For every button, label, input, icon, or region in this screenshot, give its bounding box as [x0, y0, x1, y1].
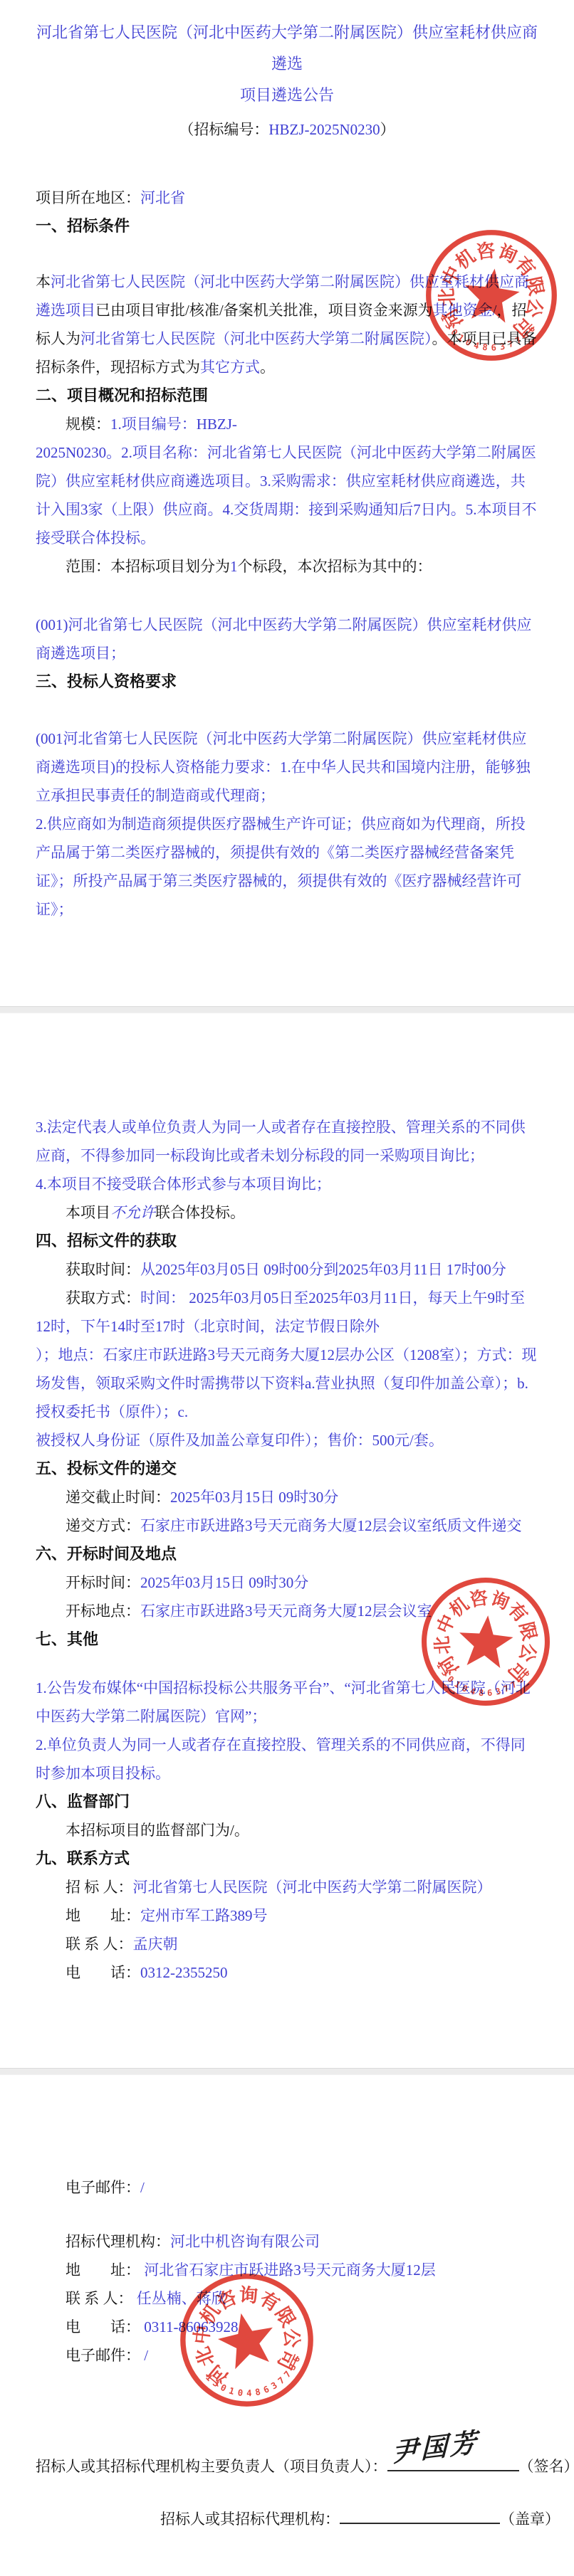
page-separator [0, 2068, 574, 2075]
body-text: 九、联系方式 [36, 1849, 130, 1867]
tenderer-address-para: 地 址：定州市军工路389号 [36, 1901, 538, 1930]
highlighted-text: 任丛楠、蒋欣 [133, 2290, 226, 2307]
highlighted-text: 其他资金/ [433, 302, 497, 319]
highlighted-text: 河北省 [140, 189, 185, 206]
title-line-1: 河北省第七人民医院（河北中医药大学第二附属医院）供应室耗材供应商遴选 [36, 17, 538, 80]
body-text: 六、开标时间及地点 [36, 1545, 177, 1563]
section-1-heading: 一、招标条件 [36, 212, 538, 241]
lot-para: (001)河北省第七人民医院（河北中医药大学第二附属医院）供应室耗材供应商遴选项… [36, 611, 538, 667]
body-text: 招 标 人： [66, 1879, 133, 1896]
highlighted-text: 河北省第七人民医院（河北中医药大学第二附属医院） [80, 330, 432, 347]
body-text: 二、项目概况和招标范围 [36, 386, 208, 404]
highlighted-text: ）；地点：石家庄市跃进路3号天元商务大厦12层办公区（1208室）；方式：现场发… [36, 1346, 537, 1420]
submit-deadline-para: 递交截止时间：2025年03月15日 09时30分 [36, 1483, 538, 1511]
highlighted-text: 2025年03月15日 09时30分 [170, 1489, 338, 1506]
highlighted-text: 石家庄市跃进路3号天元商务大厦12层会议室 [140, 1603, 432, 1620]
highlighted-text: 石家庄市跃进路3号天元商务大厦12层会议室纸质文件递交 [140, 1517, 522, 1534]
body-text: 获取方式： [66, 1289, 140, 1307]
highlighted-text: 2.供应商如为制造商须提供医疗器械生产许可证；供应商如为代理商，所投产品属于第二… [36, 815, 526, 918]
body-text: 开标时间： [66, 1574, 140, 1591]
signature-underline: 尹国芳 [387, 2454, 519, 2471]
section-6-heading: 六、开标时间及地点 [36, 1540, 538, 1568]
agency-contact-para: 联 系 人： 任丛楠、蒋欣 [36, 2284, 538, 2313]
highlighted-text: 项目遴选公告 [240, 86, 334, 104]
body-text: 三、投标人资格要求 [36, 672, 177, 690]
highlighted-text: 定州市军工路389号 [140, 1907, 268, 1924]
section-4-heading: 四、招标文件的获取 [36, 1227, 538, 1255]
scale-para: 规模：1.项目编号：HBZJ-2025N0230。2.项目名称：河北省第七人民医… [36, 410, 538, 552]
section-8-heading: 八、监督部门 [36, 1788, 538, 1816]
open-time-para: 开标时间：2025年03月15日 09时30分 [36, 1568, 538, 1597]
highlighted-text: 河北省石家庄市跃进路3号天元商务大厦12层 [140, 2261, 436, 2279]
body-text: ） [380, 121, 395, 138]
body-text: 招标代理机构： [66, 2233, 170, 2250]
highlighted-text: (001)河北省第七人民医院（河北中医药大学第二附属医院）供应室耗材供应商遴选项… [36, 616, 531, 662]
agency-address-para: 地 址： 河北省石家庄市跃进路3号天元商务大厦12层 [36, 2256, 538, 2284]
body-text: 范围：本招标项目划分为 [66, 558, 230, 575]
responsible-person-signature-line: 招标人或其招标代理机构主要负责人（项目负责人）：尹国芳（签名） [36, 2452, 538, 2481]
highlighted-text: 3.法定代表人或单位负责人为同一人或者存在直接控股、管理关系的不同供应商，不得参… [36, 1119, 526, 1164]
highlighted-text: 2025年03月15日 09时30分 [140, 1574, 308, 1591]
seal-suffix-label: （盖章） [500, 2511, 560, 2528]
body-text: 七、其他 [36, 1630, 98, 1648]
highlighted-text: (001河北省第七人民医院（河北中医药大学第二附属医院）供应室耗材供应商遴选项目… [36, 730, 531, 804]
project-region: 项目所在地区：河北省 [36, 184, 538, 212]
other-para-1: 1.公告发布媒体“中国招标投标公共服务平台”、“河北省第七人民医院（河北中医药大… [36, 1674, 538, 1731]
highlighted-text: 河北省第七人民医院（河北中医药大学第二附属医院） [133, 1879, 492, 1896]
highlighted-text: 0312-2355250 [140, 1964, 228, 1981]
signature-suffix-label: （签名） [519, 2458, 574, 2475]
other-para-2: 2.单位负责人为同一人或者存在直接控股、管理关系的不同供应商，不得同时参加本项目… [36, 1731, 538, 1788]
body-text: 四、招标文件的获取 [36, 1232, 177, 1250]
body-text: 电子邮件： [66, 2179, 140, 2196]
body-text: 。 [260, 359, 275, 376]
body-text: 获取时间： [66, 1261, 140, 1278]
tender-no-line: （招标编号：HBZJ-2025N0230） [36, 115, 538, 144]
body-text: 联 系 人： [66, 1936, 133, 1953]
open-place-para: 开标地点：石家庄市跃进路3号天元商务大厦12层会议室 [36, 1597, 538, 1625]
seal-underline [340, 2507, 500, 2524]
body-text: 一、招标条件 [36, 217, 130, 235]
body-text: 八、监督部门 [36, 1793, 130, 1810]
highlighted-text: 1 [230, 558, 238, 575]
section-7-heading: 七、其他 [36, 1625, 538, 1654]
tenderer-para: 招 标 人：河北省第七人民医院（河北中医药大学第二附属医院） [36, 1873, 538, 1901]
body-text: 地 址： [66, 1907, 140, 1924]
highlighted-text: 1.项目编号：HBZJ- [110, 416, 237, 433]
body-text: 五、投标文件的递交 [36, 1459, 177, 1477]
submit-method-para: 递交方式：石家庄市跃进路3号天元商务大厦12层会议室纸质文件递交 [36, 1511, 538, 1540]
section-1-para: 本河北省第七人民医院（河北中医药大学第二附属医院）供应室耗材供应商遴选项目已由项… [36, 268, 538, 381]
agency-seal-line: 招标人或其招标代理机构：（盖章） [36, 2505, 538, 2533]
tender-announcement-document: 河北省第七人民医院（河北中医药大学第二附属医院）供应室耗材供应商遴选项目遴选公告… [0, 0, 574, 2576]
body-text: 电子邮件： [66, 2347, 140, 2364]
section-3-heading: 三、投标人资格要求 [36, 667, 538, 696]
highlighted-text: 不允许 [110, 1204, 155, 1221]
section-5-heading: 五、投标文件的递交 [36, 1455, 538, 1483]
highlighted-text: 2.单位负责人为同一人或者存在直接控股、管理关系的不同供应商，不得同时参加本项目… [36, 1736, 526, 1782]
qualification-para-4: 4.本项目不接受联合体形式参与本项目询比； [36, 1170, 538, 1198]
body-text: 递交方式： [66, 1517, 140, 1534]
body-text: （招标编号： [179, 121, 268, 138]
highlighted-text: 孟庆朝 [133, 1936, 178, 1953]
obtain-method-para: 获取方式：时间： 2025年03月05日至2025年03月11日，每天上午9时至… [36, 1284, 538, 1455]
tenderer-contact-para: 联 系 人：孟庆朝 [36, 1930, 538, 1958]
body-text: 项目所在地区： [36, 189, 140, 206]
body-text: 已由项目审批/核准/备案机关批准，项目资金来源为 [95, 302, 433, 319]
highlighted-text: / [140, 2347, 148, 2364]
body-text: 开标地点： [66, 1603, 140, 1620]
highlighted-text: 从2025年03月05日 09时00分到2025年03月11日 17时00分 [140, 1261, 506, 1278]
highlighted-text: 被授权人身份证（原件及加盖公章复印件）；售价：500元/套。 [36, 1432, 444, 1449]
body-text: 电 话： [66, 1964, 140, 1981]
consortium-para: 本项目不允许联合体投标。 [36, 1198, 538, 1227]
highlighted-text: 2025N0230。2.项目名称：河北省第七人民医院（河北中医药大学第二附属医院… [36, 444, 537, 547]
qualification-para-3: 3.法定代表人或单位负责人为同一人或者存在直接控股、管理关系的不同供应商，不得参… [36, 1113, 538, 1170]
body-text: 递交截止时间： [66, 1489, 170, 1506]
highlighted-text: 河北省第七人民医院（河北中医药大学第二附属医院）供应室耗材供应商遴选 [36, 23, 538, 73]
page-separator [0, 1006, 574, 1013]
agency-email-para: 电子邮件： / [36, 2341, 538, 2370]
tenderer-email-para: 电子邮件：/ [36, 2173, 538, 2202]
body-text: 联合体投标。 [155, 1204, 245, 1221]
title-line-2: 项目遴选公告 [36, 80, 538, 111]
highlighted-text: 河北中机咨询有限公司 [170, 2233, 320, 2250]
body-text: 联 系 人： [66, 2290, 133, 2307]
qualification-para-1: (001河北省第七人民医院（河北中医药大学第二附属医院）供应室耗材供应商遴选项目… [36, 724, 538, 810]
body-text: 本招标项目的监督部门为/。 [66, 1822, 249, 1839]
highlighted-text: 其它方式 [200, 359, 260, 376]
seal-line-label: 招标人或其招标代理机构： [160, 2511, 340, 2528]
body-text: 个标段，本次招标为其中的： [238, 558, 432, 575]
handwritten-signature: 尹国芳 [392, 2427, 479, 2466]
highlighted-text: 1.公告发布媒体“中国招标投标公共服务平台”、“河北省第七人民医院（河北中医药大… [36, 1679, 531, 1725]
section-2-heading: 二、项目概况和招标范围 [36, 381, 538, 410]
obtain-time-para: 获取时间：从2025年03月05日 09时00分到2025年03月11日 17时… [36, 1255, 538, 1284]
tenderer-phone-para: 电 话：0312-2355250 [36, 1958, 538, 1987]
body-text: 规模： [66, 416, 110, 433]
body-text: 本项目 [66, 1204, 110, 1221]
body-text: 本 [36, 273, 51, 290]
highlighted-text: / [140, 2179, 145, 2196]
body-text: 地 址： [66, 2261, 140, 2279]
supervision-para: 本招标项目的监督部门为/。 [36, 1816, 538, 1844]
document-body: 河北省第七人民医院（河北中医药大学第二附属医院）供应室耗材供应商遴选项目遴选公告… [36, 17, 538, 2533]
highlighted-text: HBZJ-2025N0230 [268, 121, 380, 138]
section-9-heading: 九、联系方式 [36, 1844, 538, 1873]
range-para: 范围：本招标项目划分为1个标段，本次招标为其中的： [36, 552, 538, 581]
agency-phone-para: 电 话： 0311-86063928 [36, 2313, 538, 2341]
highlighted-text: 4.本项目不接受联合体形式参与本项目询比； [36, 1176, 331, 1193]
signature-line-label: 招标人或其招标代理机构主要负责人（项目负责人）： [36, 2458, 387, 2475]
body-text: 电 话： [66, 2318, 140, 2335]
qualification-para-2: 2.供应商如为制造商须提供医疗器械生产许可证；供应商如为代理商，所投产品属于第二… [36, 810, 538, 924]
agency-para: 招标代理机构：河北中机咨询有限公司 [36, 2227, 538, 2256]
highlighted-text: 0311-86063928 [140, 2318, 238, 2335]
